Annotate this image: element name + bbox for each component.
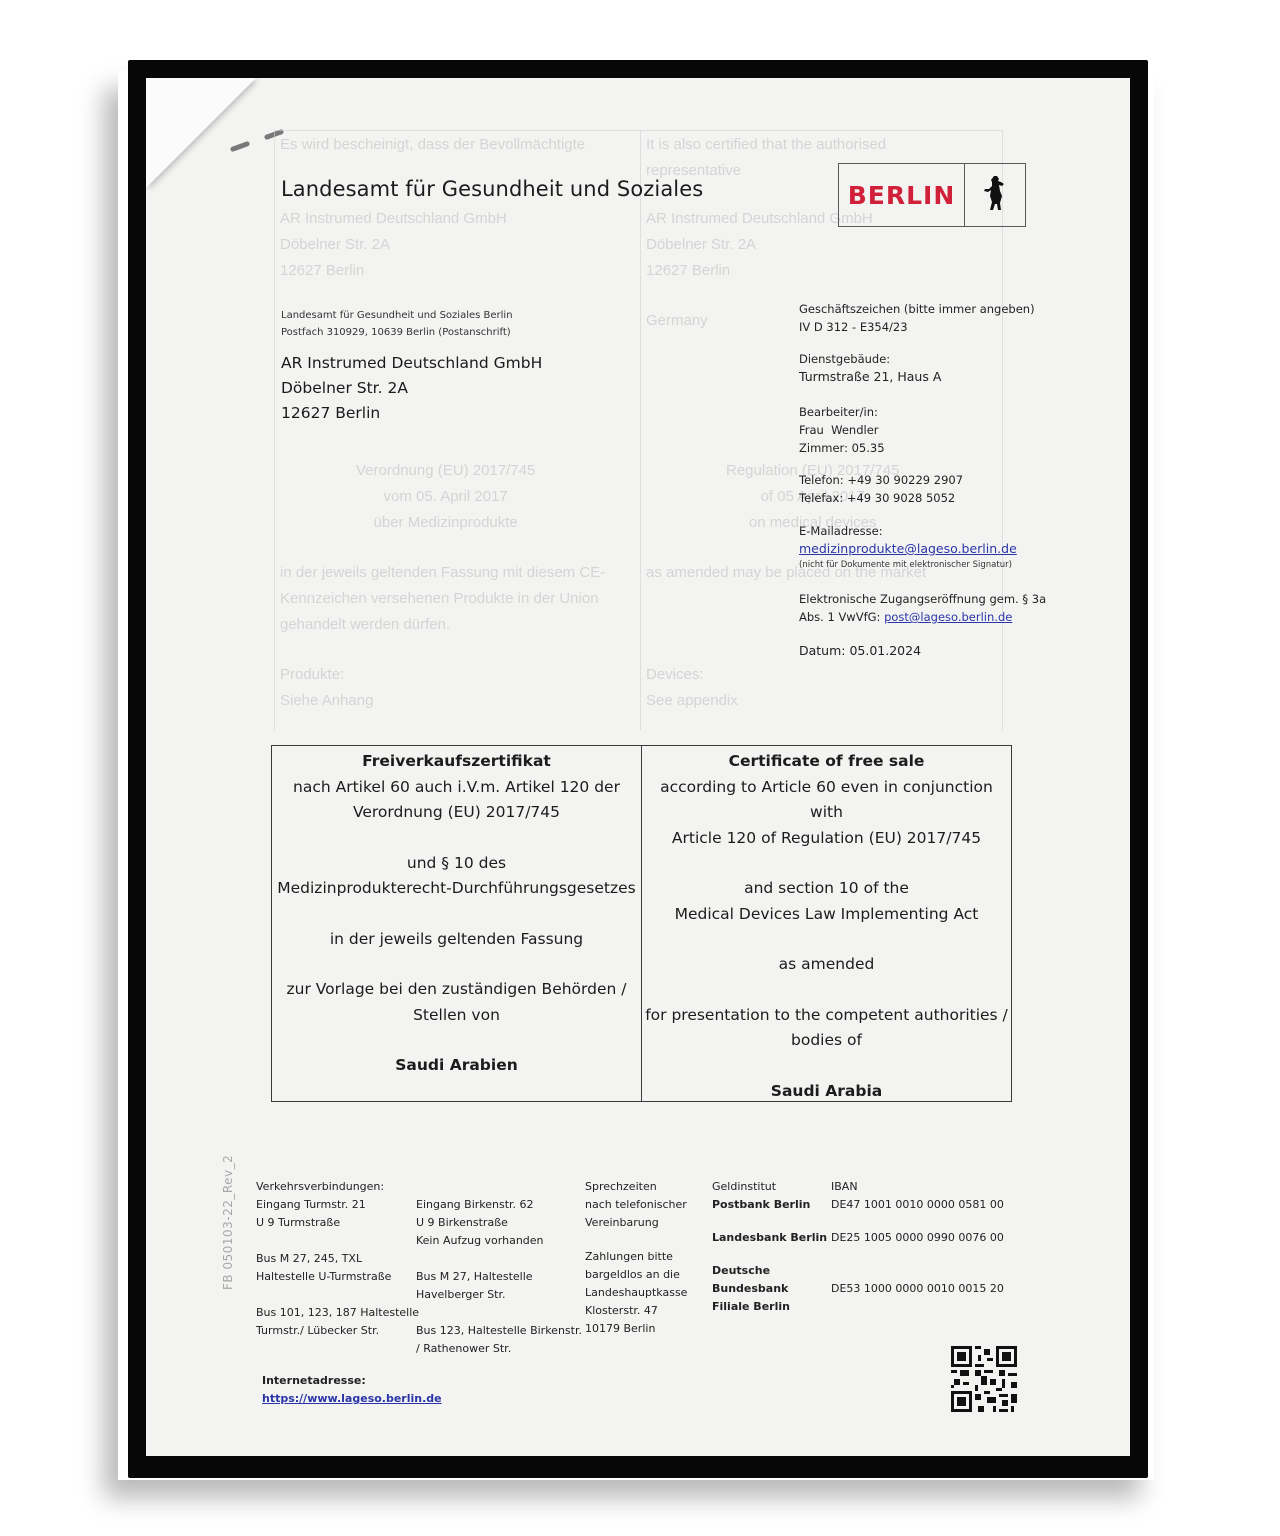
berlin-logo-word: BERLIN <box>839 164 965 226</box>
electronic-access-line: Abs. 1 VwVfG: post@lageso.berlin.de <box>799 608 1046 626</box>
bank-name: Postbank Berlin <box>712 1198 810 1211</box>
transport-line: Havelberger Str. <box>416 1286 582 1304</box>
clerk-block: Bearbeiter/in: Frau Wendler Zimmer: 05.3… <box>799 403 885 457</box>
hours-line: nach telefonischer <box>585 1196 687 1214</box>
bank-name: Filiale Berlin <box>712 1300 790 1313</box>
recipient-address: AR Instrumed Deutschland GmbH Döbelner S… <box>281 351 542 426</box>
recipient-street: Döbelner Str. 2A <box>281 376 542 401</box>
certificate-german: Freiverkaufszertifikat nach Artikel 60 a… <box>272 746 641 1101</box>
bank-ibans: IBAN DE47 1001 0010 0000 0581 00 DE25 10… <box>831 1178 1004 1298</box>
transport-line: / Rathenower Str. <box>416 1340 582 1358</box>
email-block: E-Mailadresse: medizinprodukte@lageso.be… <box>799 522 1017 572</box>
building-label: Dienstgebäude: <box>799 350 941 368</box>
electronic-access-prefix: Abs. 1 VwVfG: <box>799 610 884 624</box>
certificate-english: Certificate of free sale according to Ar… <box>641 746 1011 1101</box>
ghost-text: AR Instrumed Deutschland GmbH Döbelner S… <box>280 206 507 284</box>
transport-line: Eingang Turmstr. 21 <box>256 1196 419 1214</box>
berlin-logo: BERLIN <box>838 163 1026 227</box>
certificate-text: bodies of <box>642 1028 1011 1054</box>
transport-col-2: Eingang Birkenstr. 62 U 9 Birkenstraße K… <box>416 1196 582 1358</box>
reference-block: Geschäftszeichen (bitte immer angeben) I… <box>799 300 1035 336</box>
transport-line: Eingang Birkenstr. 62 <box>416 1196 582 1214</box>
post-email-link[interactable]: post@lageso.berlin.de <box>884 610 1012 624</box>
iban-header: IBAN <box>831 1178 1004 1196</box>
recipient-company: AR Instrumed Deutschland GmbH <box>281 351 542 376</box>
transport-col-1: Verkehrsverbindungen: Eingang Turmstr. 2… <box>256 1178 419 1340</box>
transport-line: U 9 Turmstraße <box>256 1214 419 1232</box>
ghost-text: Verordnung (EU) 2017/745 vom 05. April 2… <box>356 458 535 536</box>
ghost-rule <box>274 130 275 730</box>
iban-value: DE25 1005 0000 0990 0076 00 <box>831 1229 1004 1247</box>
iban-value: DE47 1001 0010 0000 0581 00 <box>831 1196 1004 1214</box>
certificate-text: Article 120 of Regulation (EU) 2017/745 <box>642 826 1011 852</box>
sender-line: Postfach 310929, 10639 Berlin (Postansch… <box>281 324 513 341</box>
certificate-text: und § 10 des <box>272 851 641 877</box>
building-block: Dienstgebäude: Turmstraße 21, Haus A <box>799 350 941 386</box>
qr-code-icon <box>951 1346 1017 1412</box>
clerk-label: Bearbeiter/in: <box>799 403 885 421</box>
transport-line: Haltestelle U-Turmstraße <box>256 1268 419 1286</box>
bank-name: Landesbank Berlin <box>712 1231 827 1244</box>
transport-heading: Verkehrsverbindungen: <box>256 1178 419 1196</box>
internet-link[interactable]: https://www.lageso.berlin.de <box>262 1390 442 1408</box>
certificate-text: Medical Devices Law Implementing Act <box>642 902 1011 928</box>
certificate-country-de: Saudi Arabien <box>272 1053 641 1079</box>
agency-title: Landesamt für Gesundheit und Soziales <box>281 177 703 201</box>
payment-line: Landeshauptkasse <box>585 1284 687 1302</box>
payment-line: Klosterstr. 47 <box>585 1302 687 1320</box>
ghost-text: in der jeweils geltenden Fassung mit die… <box>280 560 605 638</box>
certificate-title-de: Freiverkaufszertifikat <box>272 749 641 775</box>
reference-label: Geschäftszeichen (bitte immer angeben) <box>799 300 1035 318</box>
certificate-text: according to Article 60 even in conjunct… <box>642 775 1011 826</box>
iban-value: DE53 1000 0000 0010 0015 20 <box>831 1280 1004 1298</box>
transport-line: Turmstr./ Lübecker Str. <box>256 1322 419 1340</box>
certificate-text: and section 10 of the <box>642 876 1011 902</box>
ghost-text: Devices: See appendix <box>646 662 738 714</box>
bank-names: Geldinstitut Postbank Berlin Landesbank … <box>712 1178 827 1316</box>
certificate-text: Stellen von <box>272 1003 641 1029</box>
certificate-text: nach Artikel 60 auch i.V.m. Artikel 120 … <box>272 775 641 801</box>
electronic-access-block: Elektronische Zugangseröffnung gem. § 3a… <box>799 590 1046 626</box>
certificate-text: as amended <box>642 952 1011 978</box>
certificate-text: Verordnung (EU) 2017/745 <box>272 800 641 826</box>
email-label: E-Mailadresse: <box>799 522 1017 540</box>
phone-number: Telefon: +49 30 90229 2907 <box>799 471 963 489</box>
certificate-text: for presentation to the competent author… <box>642 1003 1011 1029</box>
certificate-title-en: Certificate of free sale <box>642 749 1011 775</box>
bank-name: Deutsche <box>712 1264 770 1277</box>
ghost-rule <box>274 130 1002 131</box>
contact-block: Telefon: +49 30 90229 2907 Telefax: +49 … <box>799 471 963 507</box>
berlin-bear-icon <box>965 164 1025 226</box>
fax-number: Telefax: +49 30 9028 5052 <box>799 489 963 507</box>
transport-line: Bus M 27, Haltestelle <box>416 1268 582 1286</box>
document-date: Datum: 05.01.2024 <box>799 642 921 660</box>
transport-line: Bus 123, Haltestelle Birkenstr. <box>416 1322 582 1340</box>
internet-label: Internetadresse: <box>262 1372 442 1390</box>
form-id: FB 050103-22_Rev_2 <box>221 1155 235 1290</box>
bank-header: Geldinstitut <box>712 1178 827 1196</box>
internet-block: Internetadresse: https://www.lageso.berl… <box>262 1372 442 1408</box>
certificate-text: zur Vorlage bei den zuständigen Behörden… <box>272 977 641 1003</box>
email-note: (nicht für Dokumente mit elektronischer … <box>799 558 1017 572</box>
payment-line: bargeldlos an die <box>585 1266 687 1284</box>
certificate-text: Medizinprodukterecht-Durchführungsgesetz… <box>272 876 641 902</box>
recipient-city: 12627 Berlin <box>281 401 542 426</box>
certificate-country-en: Saudi Arabia <box>642 1079 1011 1105</box>
office-hours: Sprechzeiten nach telefonischer Vereinba… <box>585 1178 687 1338</box>
email-link[interactable]: medizinprodukte@lageso.berlin.de <box>799 540 1017 558</box>
reference-value: IV D 312 - E354/23 <box>799 318 1035 336</box>
folded-corner <box>146 78 256 188</box>
transport-line: U 9 Birkenstraße <box>416 1214 582 1232</box>
ghost-text: Germany <box>646 308 708 334</box>
building-value: Turmstraße 21, Haus A <box>799 368 941 386</box>
certificate-table: Freiverkaufszertifikat nach Artikel 60 a… <box>271 745 1012 1102</box>
bank-name: Bundesbank <box>712 1282 788 1295</box>
electronic-access-line: Elektronische Zugangseröffnung gem. § 3a <box>799 590 1046 608</box>
clerk-name: Frau Wendler <box>799 421 885 439</box>
transport-line: Bus 101, 123, 187 Haltestelle <box>256 1304 419 1322</box>
certificate-text: in der jeweils geltenden Fassung <box>272 927 641 953</box>
hours-line: Sprechzeiten <box>585 1178 687 1196</box>
transport-line: Bus M 27, 245, TXL <box>256 1250 419 1268</box>
ghost-text: Produkte: Siehe Anhang <box>280 662 373 714</box>
payment-line: Zahlungen bitte <box>585 1248 687 1266</box>
ghost-text: Es wird bescheinigt, dass der Bevollmäch… <box>280 132 585 158</box>
room-number: Zimmer: 05.35 <box>799 439 885 457</box>
transport-line: Kein Aufzug vorhanden <box>416 1232 582 1250</box>
payment-line: 10179 Berlin <box>585 1320 687 1338</box>
sender-address: Landesamt für Gesundheit und Soziales Be… <box>281 307 513 341</box>
hours-line: Vereinbarung <box>585 1214 687 1232</box>
sender-line: Landesamt für Gesundheit und Soziales Be… <box>281 307 513 324</box>
ghost-rule <box>640 130 641 730</box>
